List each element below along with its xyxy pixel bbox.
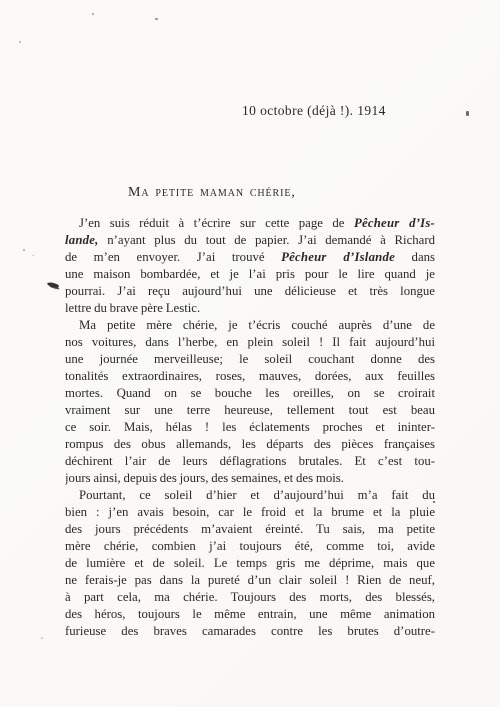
- text-line: bien : j’en avais besoin, car le froid e…: [65, 504, 435, 521]
- scan-speck: [23, 249, 25, 251]
- text-line: lettre du brave père Lestic.: [65, 300, 435, 317]
- text-line: ne ferais-je pas dans la pureté d’un cla…: [65, 572, 435, 589]
- scan-speck: [155, 18, 158, 20]
- text-line: des héros, toujours le même entrain, une…: [65, 606, 435, 623]
- text-line: des jours précédents m’avaient éreinté. …: [65, 521, 435, 538]
- text-line: mère chérie, combien j’ai toujours été, …: [65, 538, 435, 555]
- scan-speck: [41, 637, 43, 639]
- text-line: vraiment sur une terre heureuse, telleme…: [65, 402, 435, 419]
- book-page: 10 octobre (déjà !). 1914 Ma petite mama…: [0, 0, 500, 707]
- text-line: furieuse des braves camarades contre les…: [65, 623, 435, 640]
- text-segment: dans: [395, 250, 435, 264]
- text-line: J’en suis réduit à t’écrire sur cette pa…: [65, 215, 435, 232]
- text-line: à part cela, ma chérie. Toujours des mor…: [65, 589, 435, 606]
- text-line: Ma petite mère chérie, je t’écris couché…: [65, 317, 435, 334]
- text-line: une maison bombardée, et je l’ai pris po…: [65, 266, 435, 283]
- ink-smudge: [47, 281, 60, 288]
- text-line: déchirent l’air de leurs déflagrations b…: [65, 453, 435, 470]
- scan-speck: [19, 41, 21, 43]
- letter-salutation: Ma petite maman chérie,: [128, 185, 296, 201]
- text-line: lande, n’ayant plus du tout de papier. J…: [65, 232, 435, 249]
- scan-speck: [32, 255, 34, 256]
- book-title-italic: Pêcheur d’Is-: [354, 216, 435, 230]
- scan-speck: [92, 13, 94, 15]
- text-line: de m’en envoyer. J’ai trouvé Pêcheur d’I…: [65, 249, 435, 266]
- text-line: mortes. Quand on se bouche les oreilles,…: [65, 385, 435, 402]
- text-segment: de m’en envoyer. J’ai trouvé: [65, 250, 281, 264]
- text-line: ce soir. Mais, hélas ! les éclatements p…: [65, 419, 435, 436]
- scan-speck: [466, 111, 469, 116]
- text-line: rompus des obus allemands, les départs d…: [65, 436, 435, 453]
- text-line: nos voitures, dans l’herbe, en plein sol…: [65, 334, 435, 351]
- text-line: une journée merveilleuse; le soleil couc…: [65, 351, 435, 368]
- text-line: pourrai. J’ai reçu aujourd’hui une délic…: [65, 283, 435, 300]
- scan-speck: [433, 501, 435, 503]
- text-segment: J’en suis réduit à t’écrire sur cette pa…: [79, 216, 354, 230]
- text-line: Pourtant, ce soleil d’hier et d’aujourd’…: [65, 487, 435, 504]
- book-title-italic: lande,: [65, 233, 99, 247]
- letter-body: J’en suis réduit à t’écrire sur cette pa…: [65, 215, 435, 640]
- text-line: de lumière et de soleil. Le temps gris m…: [65, 555, 435, 572]
- letter-date: 10 octobre (déjà !). 1914: [242, 103, 386, 119]
- text-line: tonalités extraordinaires, roses, mauves…: [65, 368, 435, 385]
- text-line: jours ainsi, depuis des jours, des semai…: [65, 470, 435, 487]
- book-title-italic: Pêcheur d’Islande: [281, 250, 395, 264]
- text-segment: n’ayant plus du tout de papier. J’ai dem…: [99, 233, 435, 247]
